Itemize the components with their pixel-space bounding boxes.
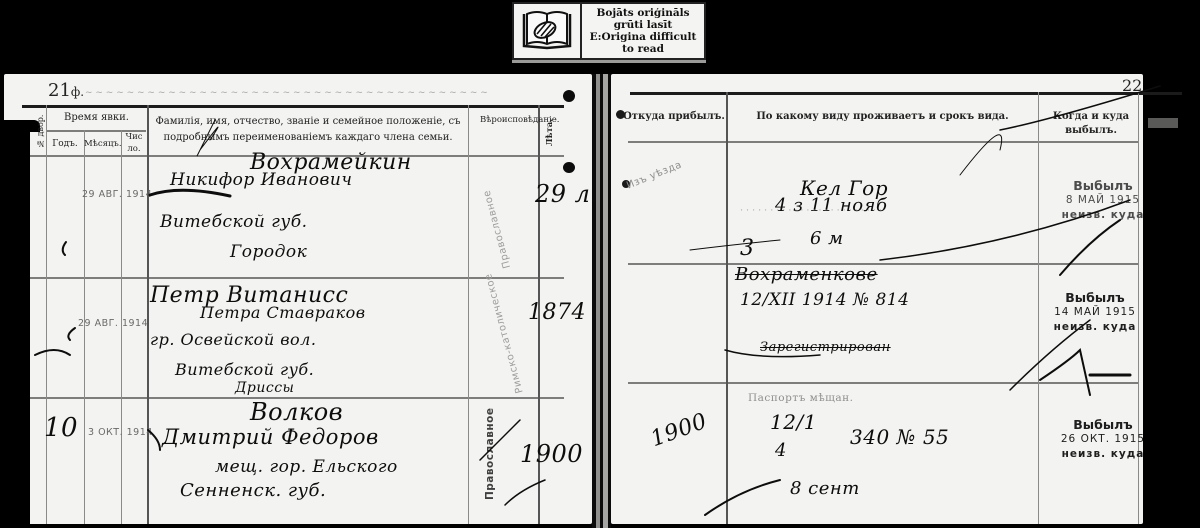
departure-stamp: Выбылъ 26 ОКТ. 1915 неизв. куда — [1060, 417, 1146, 462]
header-top-rule — [22, 105, 564, 108]
handwritten-name-line: Сенненск. губ. — [180, 480, 326, 501]
column-rule — [147, 105, 149, 524]
year-header: Годъ. — [46, 137, 84, 151]
binder-hole — [563, 162, 575, 173]
notice-line: grūti lasīt — [614, 19, 673, 31]
document-line: 8 сент — [790, 478, 860, 499]
age-header: Лѣта. — [543, 120, 557, 146]
notice-line: to read — [622, 43, 664, 55]
page-edge-shadow — [0, 128, 30, 528]
religion-stamp: Православное — [484, 400, 496, 500]
arrival-date-stamp: 3 ОКТ. 1914 — [88, 427, 153, 438]
name-header-line-2: подробнымъ переименованіемъ каждаго член… — [148, 131, 468, 145]
faded-printed-text: · · · · · · · · · · · · · · · · · · · · … — [740, 205, 882, 216]
handwritten-name-line: Витебской губ. — [160, 212, 308, 232]
departure-stamp-date: 26 ОКТ. 1915 — [1060, 432, 1146, 447]
column-rule — [1038, 92, 1039, 524]
page-edge-shadow — [1143, 74, 1200, 528]
document-line: 3 — [740, 236, 755, 261]
document-line: 4 — [775, 440, 787, 461]
departure-stamp-note: неизв. куда — [1050, 320, 1140, 335]
religion-header: Вѣроисповѣданіе. — [472, 113, 536, 128]
printed-document-label: Паспортъ мѣщан. — [748, 392, 854, 404]
document-header: По какому виду проживаетъ и срокъ вида. — [727, 110, 1038, 124]
column-rule — [726, 92, 728, 524]
month-header: Мѣсяцъ. — [84, 137, 121, 151]
departure-stamp-title: Выбылъ — [1060, 178, 1146, 193]
left-page-number: 21ф. — [48, 80, 84, 101]
notice-line: Bojāts oriģināls — [596, 7, 689, 19]
handwritten-name-line: Городок — [230, 242, 307, 262]
spine-strip — [603, 74, 608, 528]
column-rule — [468, 105, 469, 524]
faded-bleed-text: ~ ~ ~ ~ ~ ~ ~ ~ ~ ~ ~ ~ ~ ~ ~ ~ ~ ~ ~ ~ … — [85, 88, 488, 98]
age-value: 29 л. — [535, 180, 599, 208]
notice-text: Bojāts oriģināls grūti lasīt E:Origina d… — [582, 4, 704, 58]
age-value: 1874 — [528, 300, 586, 325]
document-line: Вохраменкове — [735, 264, 878, 285]
row-divider — [628, 382, 1138, 384]
document-line: 12/1 — [770, 410, 817, 434]
damaged-book-icon — [514, 4, 582, 58]
binder-hole — [563, 90, 575, 102]
departure-stamp: Выбылъ 8 МАЙ 1915 неизв. куда — [1060, 178, 1146, 223]
document-line: 6 м — [810, 228, 844, 249]
document-line: 340 № 55 — [850, 425, 949, 449]
handwritten-name-line: гр. Освейской вол. — [150, 330, 316, 349]
arrival-date-stamp: 29 АВГ. 1914 — [82, 189, 152, 200]
handwritten-name-line: Дриссы — [235, 380, 294, 396]
day-header: Число. — [121, 131, 147, 155]
handwritten-name-line: Волков — [250, 398, 343, 426]
damaged-original-notice: Bojāts oriģināls grūti lasīt E:Origina d… — [512, 2, 706, 60]
book-spine — [592, 74, 611, 528]
age-value: 1900 — [520, 440, 583, 468]
departure-stamp-date: 8 МАЙ 1915 — [1060, 193, 1146, 208]
departure-stamp-date: 14 МАЙ 1915 — [1050, 305, 1140, 320]
binder-hole — [616, 110, 625, 119]
arrival-time-header: Время явки. — [46, 111, 147, 125]
departure-stamp-note: неизв. куда — [1060, 447, 1146, 462]
handwritten-name-line: Никифор Иванович — [170, 170, 352, 190]
name-header-line-1: Фамилія, имя, отчество, званіе и семейно… — [148, 115, 468, 129]
handwritten-name-line: Петра Ставраков — [200, 303, 366, 322]
document-line: Зарегистрирован — [760, 340, 891, 355]
handwritten-name-line: Дмитрий Федоров — [162, 425, 379, 449]
header-top-rule — [630, 92, 1182, 95]
notice-underline — [512, 60, 706, 63]
handwritten-name-line: Витебской губ. — [175, 360, 314, 379]
notice-line: E:Origina difficult — [590, 31, 697, 43]
departure-stamp-note: неизв. куда — [1060, 208, 1146, 223]
spine-strip — [596, 74, 600, 528]
departure-header: Когда и куда выбылъ. — [1039, 110, 1143, 138]
row-number: 10 — [44, 413, 78, 443]
document-line: 12/XII 1914 № 814 — [740, 290, 909, 310]
departure-stamp-title: Выбылъ — [1060, 417, 1146, 432]
handwritten-name-line: мещ. гор. Ельского — [215, 457, 398, 477]
departure-stamp-title: Выбылъ — [1050, 290, 1140, 305]
page-tab — [1148, 118, 1178, 128]
column-rule — [46, 105, 47, 524]
arrival-date-stamp: 29 АВГ. 1914 — [78, 318, 148, 329]
from-header: Откуда прибылъ. — [622, 110, 726, 124]
header-bottom-rule — [628, 141, 1138, 143]
departure-stamp: Выбылъ 14 МАЙ 1915 неизв. куда — [1050, 290, 1140, 335]
row-divider — [628, 263, 1138, 265]
